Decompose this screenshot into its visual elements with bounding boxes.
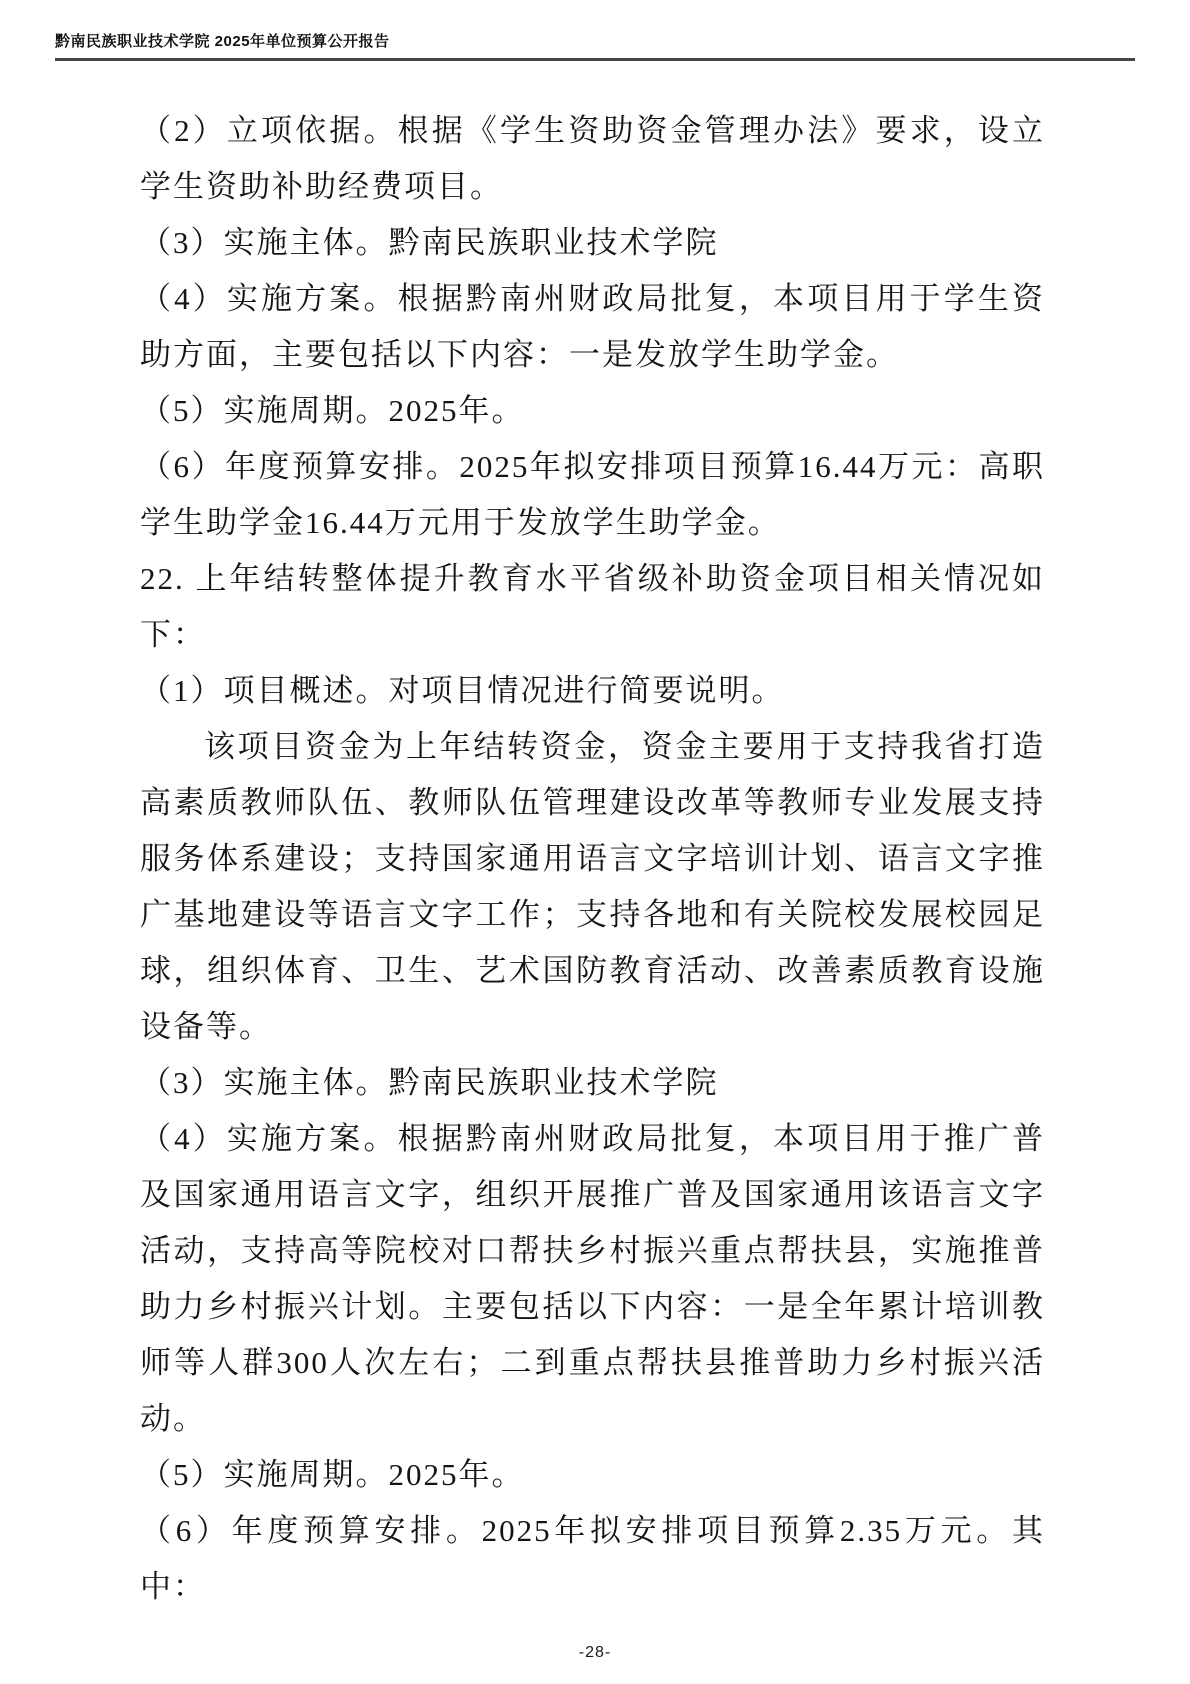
paragraph-item-2-basis: （2）立项依据。根据《学生资助资金管理办法》要求，设立学生资助补助经费项目。 [140,103,1045,215]
paragraph-item-4-plan: （4）实施方案。根据黔南州财政局批复，本项目用于学生资助方面，主要包括以下内容：… [140,271,1045,383]
paragraph-item-5-period-2: （5）实施周期。2025年。 [140,1447,1045,1503]
page-number: -28- [579,1644,611,1661]
paragraph-item-3-entity: （3）实施主体。黔南民族职业技术学院 [140,215,1045,271]
paragraph-overview-detail: 该项目资金为上年结转资金，资金主要用于支持我省打造高素质教师队伍、教师队伍管理建… [140,719,1045,1055]
document-page: 黔南民族职业技术学院 2025年单位预算公开报告 （2）立项依据。根据《学生资助… [0,0,1190,1684]
paragraph-item-5-period: （5）实施周期。2025年。 [140,383,1045,439]
paragraph-item-4-plan-2: （4）实施方案。根据黔南州财政局批复，本项目用于推广普及国家通用语言文字，组织开… [140,1111,1045,1447]
page-header: 黔南民族职业技术学院 2025年单位预算公开报告 [55,30,1135,51]
paragraph-item-3-entity-2: （3）实施主体。黔南民族职业技术学院 [140,1055,1045,1111]
page-footer: -28- [0,1644,1190,1662]
document-body: （2）立项依据。根据《学生资助资金管理办法》要求，设立学生资助补助经费项目。 （… [140,103,1045,1615]
header-title: 黔南民族职业技术学院 2025年单位预算公开报告 [55,30,1135,51]
paragraph-item-6-budget: （6）年度预算安排。2025年拟安排项目预算16.44万元：高职学生助学金16.… [140,439,1045,551]
paragraph-item-6-budget-2: （6）年度预算安排。2025年拟安排项目预算2.35万元。其中： [140,1503,1045,1615]
paragraph-section-22: 22. 上年结转整体提升教育水平省级补助资金项目相关情况如下： [140,551,1045,663]
paragraph-item-1-overview: （1）项目概述。对项目情况进行简要说明。 [140,663,1045,719]
header-rule [55,58,1135,61]
